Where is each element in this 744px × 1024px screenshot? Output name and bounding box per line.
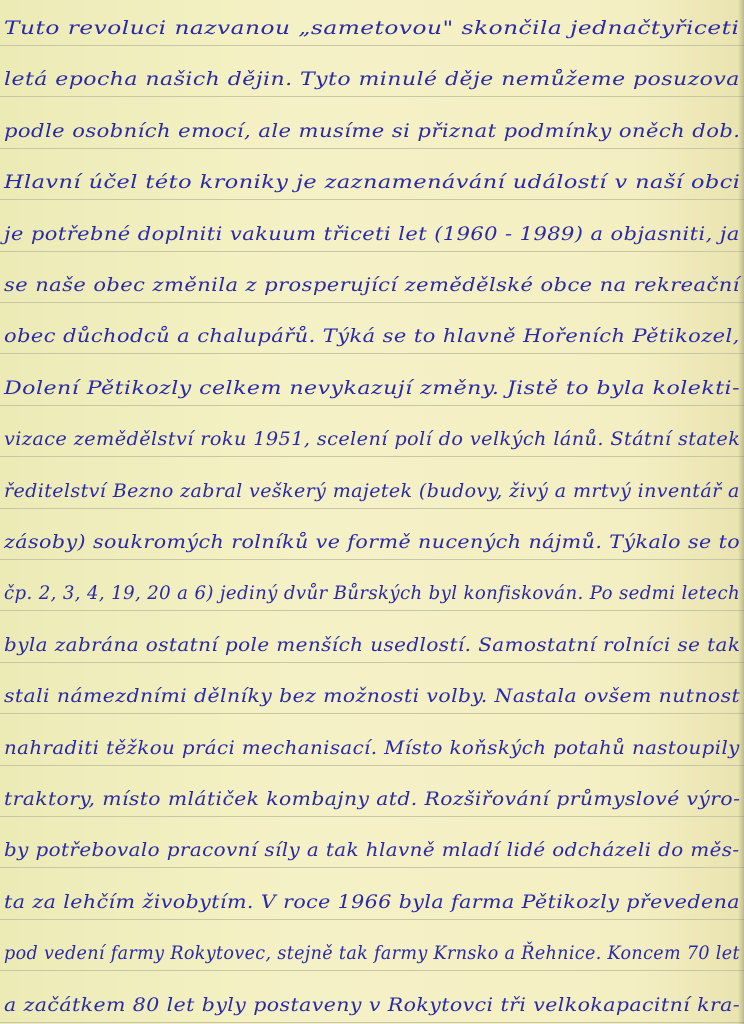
line-text: nahraditi těžkou práci mechanisací. Míst… — [4, 737, 740, 759]
handwritten-line: je potřebné doplniti vakuum třiceti let … — [0, 196, 744, 252]
handwritten-line: Tuto revoluci nazvanou „sametovou" skonč… — [0, 0, 744, 46]
line-text: traktory, místo mlátiček kombajny atd. R… — [4, 788, 740, 810]
handwritten-line: ředitelství Bezno zabral veškerý majetek… — [0, 453, 744, 509]
handwritten-line: vizace zemědělství roku 1951, scelení po… — [0, 401, 744, 457]
line-text: se naše obec změnila z prosperující země… — [4, 274, 740, 296]
line-text: zásoby) soukromých rolníků ve formě nuce… — [4, 531, 740, 553]
line-text: ředitelství Bezno zabral veškerý majetek… — [4, 480, 740, 502]
handwritten-line: zásoby) soukromých rolníků ve formě nuce… — [0, 504, 744, 560]
handwritten-line: ta za lehčím živobytím. V roce 1966 byla… — [0, 864, 744, 920]
handwritten-line: stali námezdními dělníky bez možnosti vo… — [0, 658, 744, 714]
chronicle-page: Tuto revoluci nazvanou „sametovou" skonč… — [0, 0, 744, 1024]
handwritten-line: nahraditi těžkou práci mechanisací. Míst… — [0, 710, 744, 766]
handwritten-line: podle osobních emocí, ale musíme si přiz… — [0, 93, 744, 149]
line-text: Tuto revoluci nazvanou „sametovou" skonč… — [4, 17, 739, 39]
handwritten-line: čp. 2, 3, 4, 19, 20 a 6) jediný dvůr Bůr… — [0, 555, 744, 611]
handwritten-line: Hlavní účel této kroniky je zaznamenáván… — [0, 144, 744, 200]
line-text: pod vedení farmy Rokytovec, stejně tak f… — [4, 942, 740, 964]
line-text: vizace zemědělství roku 1951, scelení po… — [4, 428, 740, 450]
line-text: obec důchodců a chalupářů. Týká se to hl… — [4, 325, 740, 347]
page-edge-shadow — [738, 0, 744, 1024]
line-text: a začátkem 80 let byly postaveny v Rokyt… — [4, 994, 740, 1016]
line-text: by potřebovalo pracovní síly a tak hlavn… — [4, 839, 740, 861]
handwritten-line: pod vedení farmy Rokytovec, stejně tak f… — [0, 915, 744, 971]
line-text: letá epocha našich dějin. Tyto minulé dě… — [4, 68, 740, 90]
line-text: je potřebné doplniti vakuum třiceti let … — [4, 223, 740, 245]
handwritten-line: Dolení Pětikozly celkem nevykazují změny… — [0, 350, 744, 406]
handwritten-line: se naše obec změnila z prosperující země… — [0, 247, 744, 303]
handwritten-line: traktory, místo mlátiček kombajny atd. R… — [0, 761, 744, 817]
line-text: stali námezdními dělníky bez možnosti vo… — [4, 685, 740, 707]
handwritten-line: by potřebovalo pracovní síly a tak hlavn… — [0, 812, 744, 868]
line-text: Dolení Pětikozly celkem nevykazují změny… — [4, 377, 740, 399]
handwritten-line: a začátkem 80 let byly postaveny v Rokyt… — [0, 967, 744, 1023]
line-text: Hlavní účel této kroniky je zaznamenáván… — [4, 171, 740, 193]
line-text: podle osobních emocí, ale musíme si přiz… — [4, 120, 740, 142]
handwritten-line: obec důchodců a chalupářů. Týká se to hl… — [0, 298, 744, 354]
line-text: čp. 2, 3, 4, 19, 20 a 6) jediný dvůr Bůr… — [4, 582, 740, 604]
line-text: ta za lehčím živobytím. V roce 1966 byla… — [4, 891, 740, 913]
handwritten-line: letá epocha našich dějin. Tyto minulé dě… — [0, 41, 744, 97]
handwritten-line: byla zabrána ostatní pole menších usedlo… — [0, 607, 744, 663]
line-text: byla zabrána ostatní pole menších usedlo… — [4, 634, 740, 656]
